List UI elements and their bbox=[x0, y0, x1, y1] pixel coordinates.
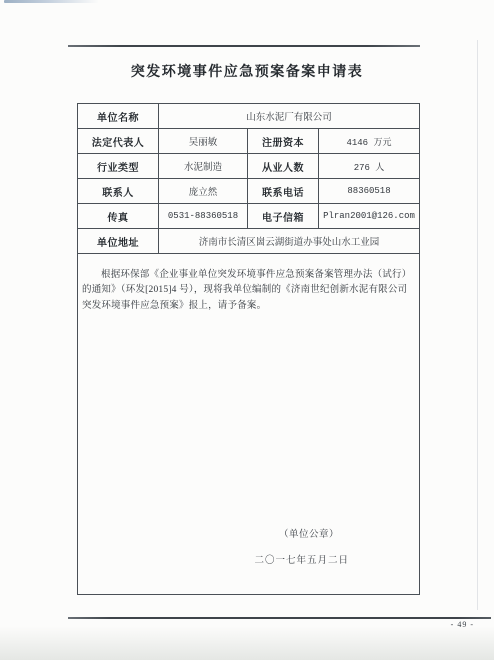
reg-capital-value: 4146 万元 bbox=[319, 129, 420, 154]
table-row-fax-email: 传真 0531-88360518 电子信箱 Plran2001@126.com bbox=[78, 204, 420, 229]
address-label: 单位地址 bbox=[78, 229, 159, 254]
legal-rep-label: 法定代表人 bbox=[78, 129, 159, 154]
date-line: 二〇一七年五月二日 bbox=[254, 552, 349, 566]
industry-value: 水泥制造 bbox=[159, 154, 248, 179]
scanned-page: 突发环境事件应急预案备案申请表 单位名称 山东水泥厂有限公司 法定代表人 吴丽敏… bbox=[0, 0, 494, 660]
header-rule bbox=[68, 45, 420, 47]
phone-value: 88360518 bbox=[319, 179, 420, 204]
phone-label: 联系电话 bbox=[248, 179, 319, 204]
reg-capital-label: 注册资本 bbox=[248, 129, 319, 154]
unit-name-label: 单位名称 bbox=[78, 104, 159, 129]
fax-value: 0531-88360518 bbox=[159, 204, 248, 229]
table-row-unit-name: 单位名称 山东水泥厂有限公司 bbox=[78, 104, 420, 129]
address-value: 济南市长清区崮云湖街道办事处山水工业园 bbox=[159, 229, 420, 254]
application-form-table: 单位名称 山东水泥厂有限公司 法定代表人 吴丽敏 注册资本 4146 万元 行业… bbox=[77, 103, 420, 595]
unit-name-value: 山东水泥厂有限公司 bbox=[159, 104, 420, 129]
table-row-statement: 根据环保部《企业事业单位突发环境事件应急预案备案管理办法（试行）的通知》（环发[… bbox=[78, 254, 420, 595]
legal-rep-value: 吴丽敏 bbox=[159, 129, 248, 154]
scan-artifact-streak bbox=[4, 0, 99, 3]
employees-label: 从业人数 bbox=[248, 154, 319, 179]
page-title: 突发环境事件应急预案备案申请表 bbox=[0, 61, 494, 81]
scan-edge-line bbox=[477, 40, 478, 610]
scan-shadow bbox=[0, 626, 494, 660]
seal-note: （单位公章） bbox=[279, 526, 339, 540]
page-number: - 49 - bbox=[451, 620, 474, 629]
contact-label: 联系人 bbox=[78, 179, 159, 204]
table-row-legal-rep: 法定代表人 吴丽敏 注册资本 4146 万元 bbox=[78, 129, 420, 154]
employees-value: 276 人 bbox=[319, 154, 420, 179]
footer-rule bbox=[68, 617, 491, 619]
email-label: 电子信箱 bbox=[248, 204, 319, 229]
fax-label: 传真 bbox=[78, 204, 159, 229]
industry-label: 行业类型 bbox=[78, 154, 159, 179]
statement-paragraph: 根据环保部《企业事业单位突发环境事件应急预案备案管理办法（试行）的通知》（环发[… bbox=[78, 254, 419, 314]
table-row-contact: 联系人 庞立然 联系电话 88360518 bbox=[78, 179, 420, 204]
email-value: Plran2001@126.com bbox=[319, 204, 420, 229]
table-row-address: 单位地址 济南市长清区崮云湖街道办事处山水工业园 bbox=[78, 229, 420, 254]
contact-value: 庞立然 bbox=[159, 179, 248, 204]
table-row-industry: 行业类型 水泥制造 从业人数 276 人 bbox=[78, 154, 420, 179]
